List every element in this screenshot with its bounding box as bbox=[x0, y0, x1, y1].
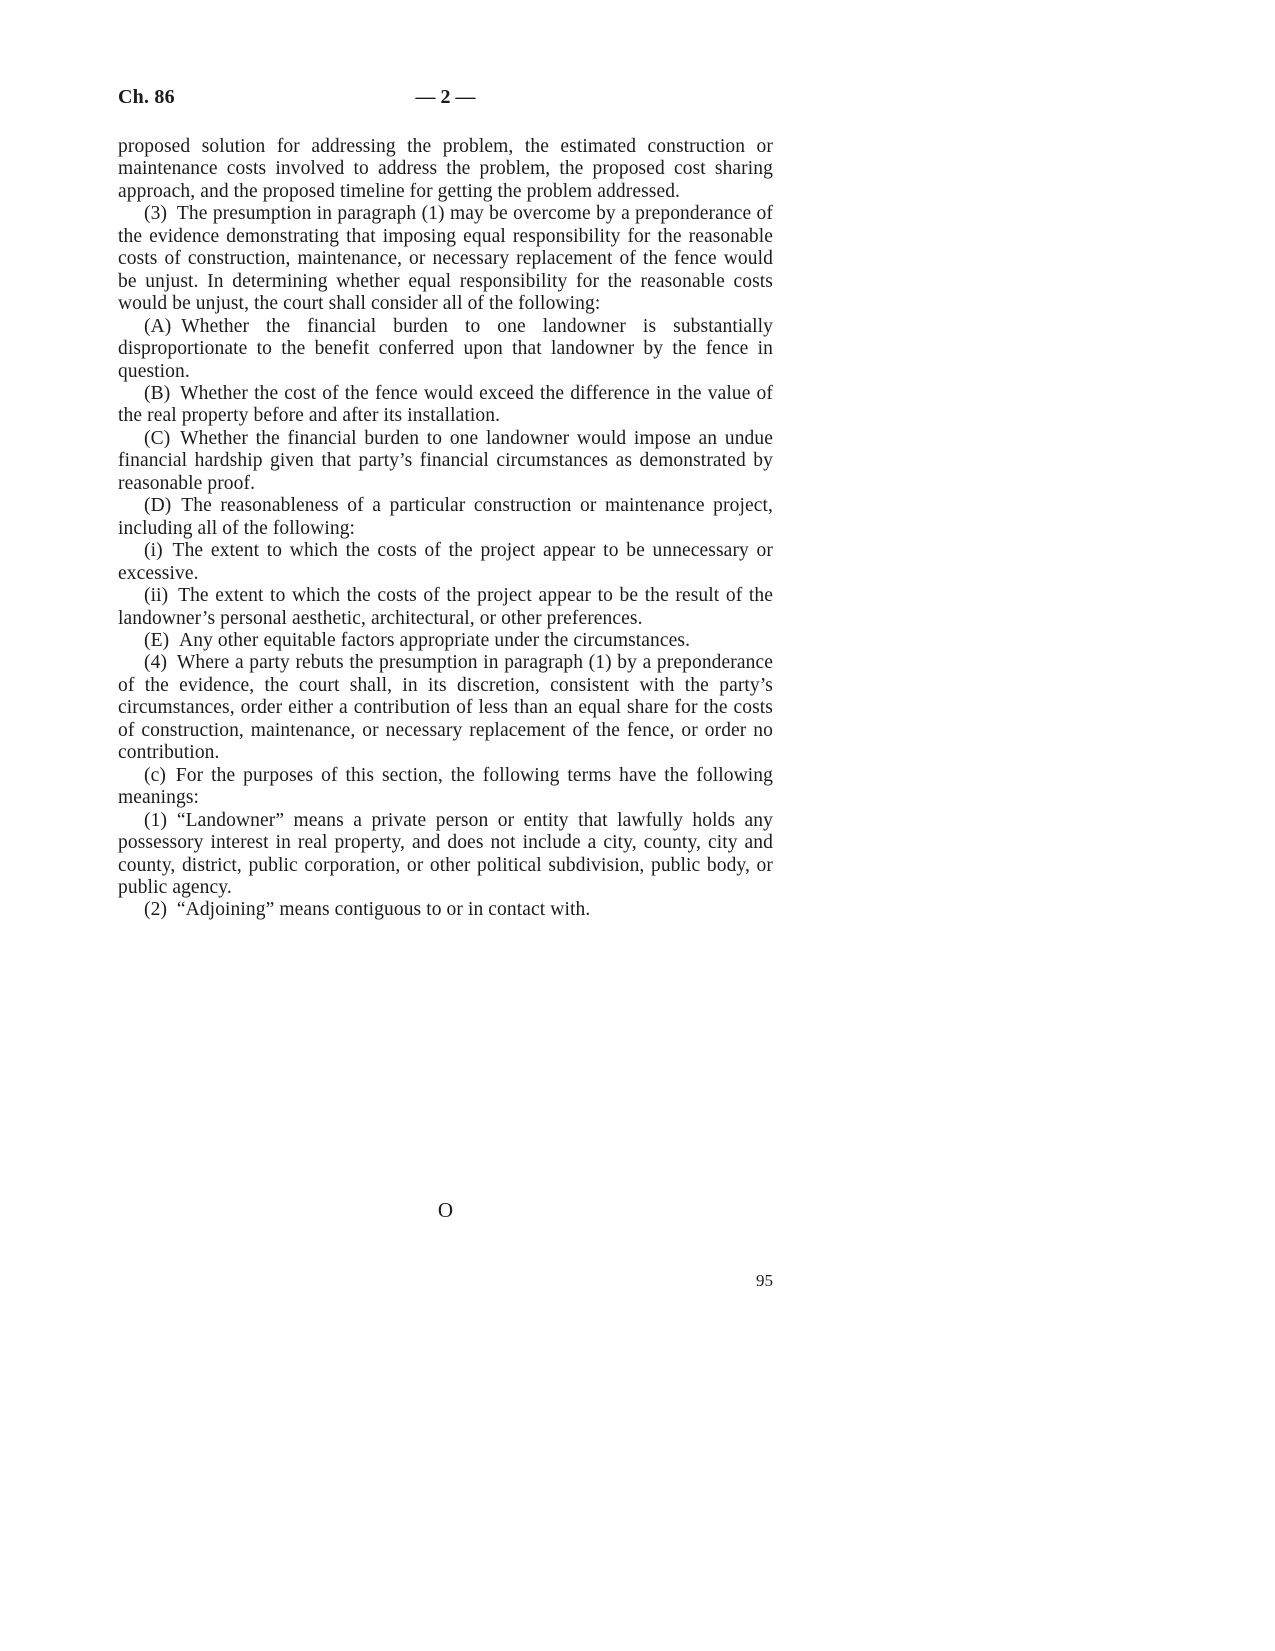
paragraph-3-B: (B) Whether the cost of the fence would … bbox=[118, 383, 773, 428]
paragraph-c: (c) For the purposes of this section, th… bbox=[118, 765, 773, 810]
document-body: proposed solution for addressing the pro… bbox=[118, 136, 773, 922]
paragraph-3-D: (D) The reasonableness of a particular c… bbox=[118, 495, 773, 540]
paragraph-3-D-ii: (ii) The extent to which the costs of th… bbox=[118, 585, 773, 630]
print-code-number: 95 bbox=[118, 1271, 773, 1291]
paragraph-3-C: (C) Whether the financial burden to one … bbox=[118, 428, 773, 495]
paragraph-3-E: (E) Any other equitable factors appropri… bbox=[118, 630, 773, 652]
paragraph-c-1: (1) “Landowner” means a private person o… bbox=[118, 810, 773, 900]
end-of-bill-mark: O bbox=[118, 1198, 773, 1223]
paragraph-c-2: (2) “Adjoining” means contiguous to or i… bbox=[118, 899, 773, 921]
paragraph-4: (4) Where a party rebuts the presumption… bbox=[118, 652, 773, 764]
running-page-number: — 2 — bbox=[118, 86, 773, 109]
paragraph-3-D-i: (i) The extent to which the costs of the… bbox=[118, 540, 773, 585]
paragraph-continuation: proposed solution for addressing the pro… bbox=[118, 136, 773, 203]
paragraph-3-A: (A) Whether the financial burden to one … bbox=[118, 316, 773, 383]
page-header: Ch. 86 — 2 — bbox=[118, 86, 773, 112]
document-page: Ch. 86 — 2 — proposed solution for addre… bbox=[0, 0, 1275, 1651]
paragraph-3: (3) The presumption in paragraph (1) may… bbox=[118, 203, 773, 315]
